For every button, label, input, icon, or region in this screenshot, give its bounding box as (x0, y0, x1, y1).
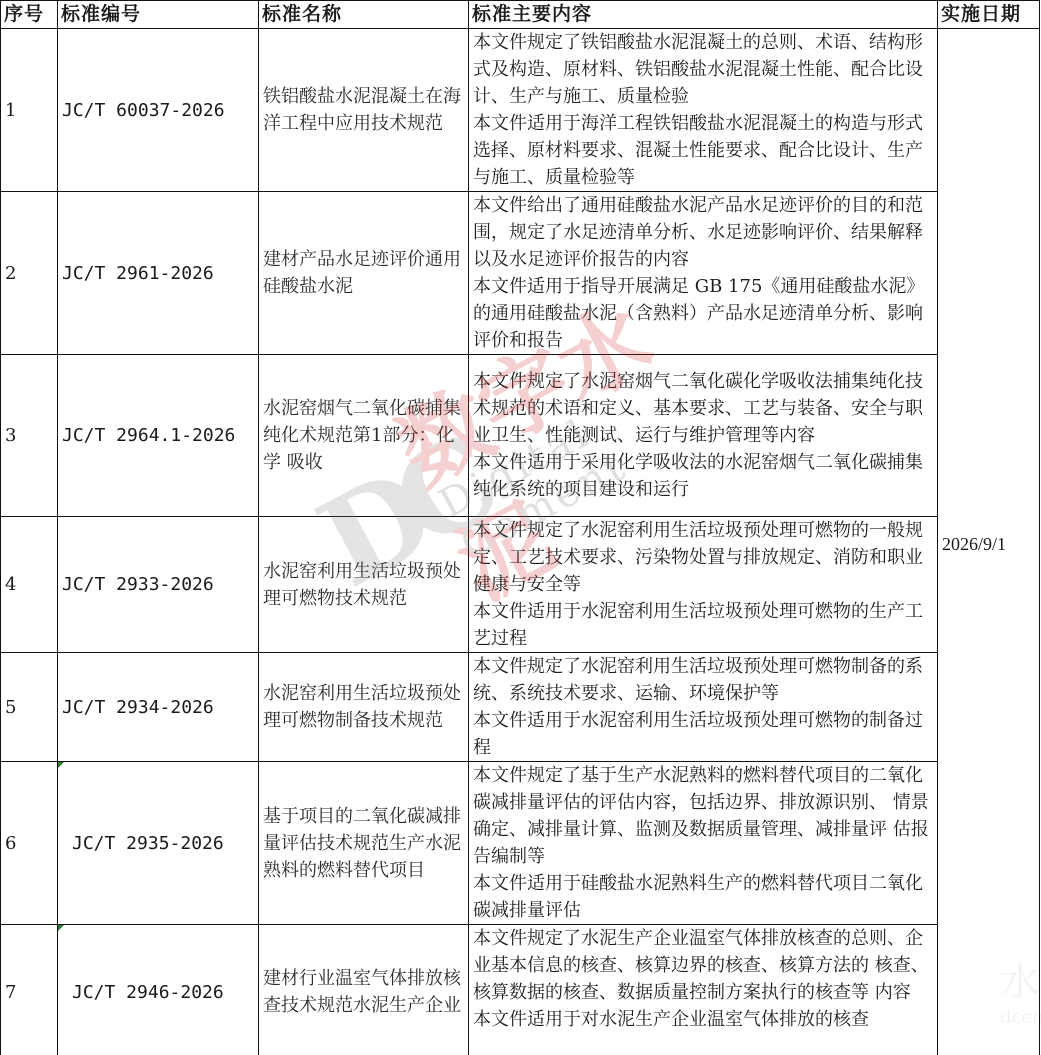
row-no: 4 (1, 517, 58, 653)
row-code-text: JC/T 2935-2026 (72, 833, 224, 854)
row-name: 水泥窑利用生活垃圾预处理可燃物技术规范 (259, 517, 469, 653)
row-code: JC/T 60037-2026 (58, 29, 259, 192)
implementation-date: 2026/9/1 (938, 29, 1040, 1055)
row-content: 本文件规定了水泥窑利用生活垃圾预处理可燃物的一般规定、工艺技术要求、污染物处置与… (469, 517, 938, 653)
header-code: 标准编号 (58, 1, 259, 29)
content-scope: 本文件规定了水泥窑烟气二氧化碳化学吸收法捕集纯化技术规范的术语和定义、基本要求、… (473, 368, 933, 449)
table-row: 3 JC/T 2964.1-2026 水泥窑烟气二氧化碳捕集纯化术规范第1部分：… (1, 355, 1040, 517)
row-no: 6 (1, 762, 58, 925)
content-applicability: 本文件适用于海洋工程铁铝酸盐水泥混凝土的构造与形式选择、原材料要求、混凝土性能要… (473, 110, 933, 191)
row-code: JC/T 2961-2026 (58, 192, 259, 355)
header-name: 标准名称 (259, 1, 469, 29)
table-row: 1 JC/T 60037-2026 铁铝酸盐水泥混凝土在海洋工程中应用技术规范 … (1, 29, 1040, 192)
content-scope: 本文件规定了水泥窑利用生活垃圾预处理可燃物制备的系统、系统技术要求、运输、环境保… (473, 653, 933, 707)
table-row: 5 JC/T 2934-2026 水泥窑利用生活垃圾预处理可燃物制备技术规范 本… (1, 653, 1040, 762)
row-content: 本文件规定了铁铝酸盐水泥混凝土的总则、术语、结构形式及构造、原材料、铁铝酸盐水泥… (469, 29, 938, 192)
row-no: 2 (1, 192, 58, 355)
content-applicability: 本文件适用于对水泥生产企业温室气体排放的核查 (473, 1006, 933, 1033)
standards-table: 序号 标准编号 标准名称 标准主要内容 实施日期 1 JC/T 60037-20… (0, 0, 1040, 1055)
row-content: 本文件规定了基于生产水泥熟料的燃料替代项目的二氧化碳减排量评估的评估内容，包括边… (469, 762, 938, 925)
date-value: 2026/9/1 (942, 534, 1006, 554)
row-no: 1 (1, 29, 58, 192)
row-code: JC/T 2934-2026 (58, 653, 259, 762)
row-no: 7 (1, 925, 58, 1055)
row-name: 水泥窑烟气二氧化碳捕集纯化术规范第1部分：化学 吸收 (259, 355, 469, 517)
row-code: JC/T 2935-2026 (58, 762, 259, 925)
content-scope: 本文件规定了铁铝酸盐水泥混凝土的总则、术语、结构形式及构造、原材料、铁铝酸盐水泥… (473, 29, 933, 110)
header-row: 序号 标准编号 标准名称 标准主要内容 实施日期 (1, 1, 1040, 29)
content-applicability: 本文件适用于水泥窑利用生活垃圾预处理可燃物的生产工艺过程 (473, 598, 933, 652)
row-content: 本文件规定了水泥生产企业温室气体排放核查的总则、企业基本信息的核查、核算边界的核… (469, 925, 938, 1055)
content-scope: 本文件给出了通用硅酸盐水泥产品水足迹评价的目的和范围，规定了水足迹清单分析、水足… (473, 192, 933, 273)
row-code: JC/T 2933-2026 (58, 517, 259, 653)
cell-note-flag-icon (58, 925, 64, 931)
row-name: 水泥窑利用生活垃圾预处理可燃物制备技术规范 (259, 653, 469, 762)
row-name: 铁铝酸盐水泥混凝土在海洋工程中应用技术规范 (259, 29, 469, 192)
row-content: 本文件规定了水泥窑烟气二氧化碳化学吸收法捕集纯化技术规范的术语和定义、基本要求、… (469, 355, 938, 517)
table-row: 7 JC/T 2946-2026 建材行业温室气体排放核查技术规范水泥生产企业 … (1, 925, 1040, 1055)
table-row: 6 JC/T 2935-2026 基于项目的二氧化碳减排量评估技术规范生产水泥熟… (1, 762, 1040, 925)
header-content: 标准主要内容 (469, 1, 938, 29)
table-row: 4 JC/T 2933-2026 水泥窑利用生活垃圾预处理可燃物技术规范 本文件… (1, 517, 1040, 653)
row-code: JC/T 2946-2026 (58, 925, 259, 1055)
row-content: 本文件规定了水泥窑利用生活垃圾预处理可燃物制备的系统、系统技术要求、运输、环境保… (469, 653, 938, 762)
header-no: 序号 (1, 1, 58, 29)
row-name: 基于项目的二氧化碳减排量评估技术规范生产水泥熟料的燃料替代项目 (259, 762, 469, 925)
row-name: 建材行业温室气体排放核查技术规范水泥生产企业 (259, 925, 469, 1055)
content-scope: 本文件规定了水泥窑利用生活垃圾预处理可燃物的一般规定、工艺技术要求、污染物处置与… (473, 517, 933, 598)
row-name: 建材产品水足迹评价通用硅酸盐水泥 (259, 192, 469, 355)
cell-note-flag-icon (58, 762, 64, 768)
row-no: 3 (1, 355, 58, 517)
content-applicability: 本文件适用于硅酸盐水泥熟料生产的燃料替代项目二氧化碳减排量评估 (473, 870, 933, 924)
header-date: 实施日期 (938, 1, 1040, 29)
content-scope: 本文件规定了基于生产水泥熟料的燃料替代项目的二氧化碳减排量评估的评估内容，包括边… (473, 762, 933, 870)
content-applicability: 本文件适用于采用化学吸收法的水泥窑烟气二氧化碳捕集纯化系统的项目建设和运行 (473, 449, 933, 503)
row-content: 本文件给出了通用硅酸盐水泥产品水足迹评价的目的和范围，规定了水足迹清单分析、水足… (469, 192, 938, 355)
content-applicability: 本文件适用于指导开展满足 GB 175《通用硅酸盐水泥》的通用硅酸盐水泥（含熟料… (473, 273, 933, 354)
row-code: JC/T 2964.1-2026 (58, 355, 259, 517)
content-scope: 本文件规定了水泥生产企业温室气体排放核查的总则、企业基本信息的核查、核算边界的核… (473, 925, 933, 1006)
content-applicability: 本文件适用于水泥窑利用生活垃圾预处理可燃物的制备过程 (473, 707, 933, 761)
row-code-text: JC/T 2946-2026 (72, 982, 224, 1003)
row-no: 5 (1, 653, 58, 762)
table-row: 2 JC/T 2961-2026 建材产品水足迹评价通用硅酸盐水泥 本文件给出了… (1, 192, 1040, 355)
